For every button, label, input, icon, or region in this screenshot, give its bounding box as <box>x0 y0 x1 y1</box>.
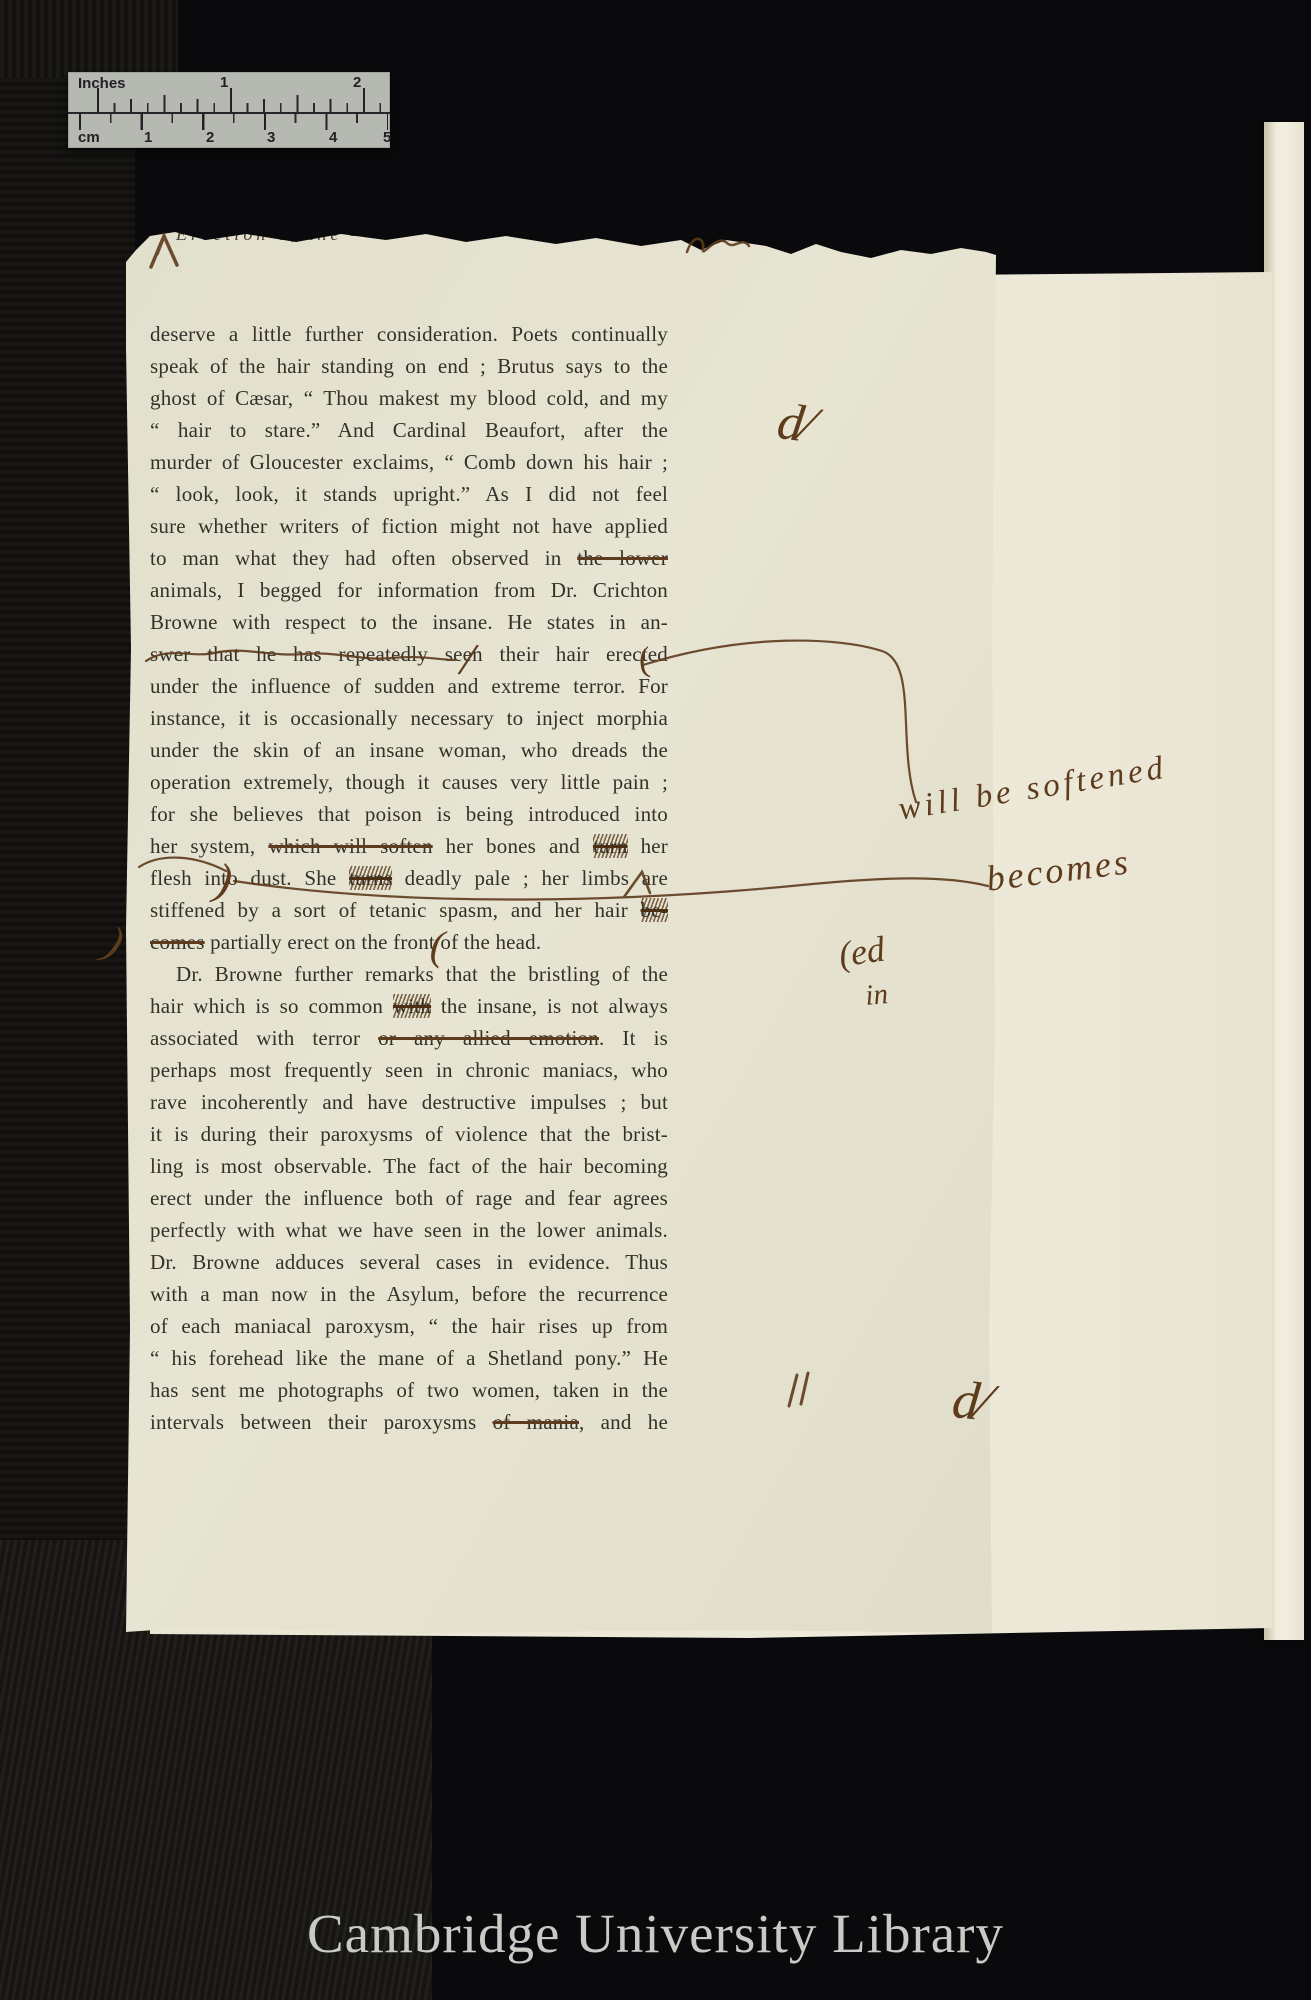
ruler-inch-number: 2 <box>353 74 361 91</box>
ruler-inch-ticks <box>97 88 388 112</box>
print-line: “ look, look, it stands upright.” As I d… <box>150 478 668 510</box>
print-line: for she believes that poison is being in… <box>150 798 668 830</box>
print-line: under the influence of sudden and extrem… <box>150 670 668 702</box>
ink-strikethrough: or any allied emotion <box>378 1026 599 1050</box>
ruler-cm-number: 4 <box>329 129 337 146</box>
note-in: in <box>864 978 889 1013</box>
print-line: perhaps most frequently seen in chronic … <box>150 1054 668 1086</box>
print-line: intervals between their paroxysms of man… <box>150 1406 668 1438</box>
ruler-cm-number: 2 <box>206 129 214 146</box>
print-line: ling is most observable. The fact of the… <box>150 1150 668 1182</box>
ruler-cm-ticks <box>79 114 388 130</box>
ruler-cm-row: cm 12345 <box>68 114 390 148</box>
print-line: under the skin of an insane woman, who d… <box>150 734 668 766</box>
ink-strikethrough: comes <box>150 930 205 954</box>
print-line: speak of the hair standing on end ; Brut… <box>150 350 668 382</box>
print-line: with a man now in the Asylum, before the… <box>150 1278 668 1310</box>
print-line: to man what they had often observed in t… <box>150 542 668 574</box>
print-line: swer that he has repeatedly seen their h… <box>150 638 668 670</box>
dele-mark-lower: d⁄ <box>950 1368 992 1433</box>
print-line: of each maniacal paroxysm, “ the hair ri… <box>150 1310 668 1342</box>
ruler-inches-row: Inches 12 <box>68 72 390 114</box>
library-caption: Cambridge University Library <box>0 1902 1311 1965</box>
ink-strikethrough: the lower <box>577 546 668 570</box>
ink-strikethrough: of mania <box>493 1410 579 1434</box>
note-ed: (ed <box>836 928 887 976</box>
print-line: Dr. Browne further remarks that the bris… <box>150 958 668 990</box>
print-line: it is during their paroxysms of violence… <box>150 1118 668 1150</box>
ruler-cm-number: 3 <box>267 129 275 146</box>
print-line: comes partially erect on the front of th… <box>150 926 668 958</box>
print-line: operation extremely, though it causes ve… <box>150 766 668 798</box>
print-line: sure whether writers of fiction might no… <box>150 510 668 542</box>
print-line: “ hair to stare.” And Cardinal Beaufort,… <box>150 414 668 446</box>
backdrop-fabric-mid <box>0 78 135 1578</box>
ruler-inch-number: 1 <box>220 74 228 91</box>
print-line: associated with terror or any allied emo… <box>150 1022 668 1054</box>
ruler-cm-label: cm <box>78 129 100 146</box>
print-line: Dr. Browne adduces several cases in evid… <box>150 1246 668 1278</box>
print-line: animals, I begged for information from D… <box>150 574 668 606</box>
print-line: hair which is so common with the insane,… <box>150 990 668 1022</box>
print-line: has sent me photographs of two women, ta… <box>150 1374 668 1406</box>
ink-scribble: with <box>393 994 431 1018</box>
print-line: instance, it is occasionally necessary t… <box>150 702 668 734</box>
ink-strikethrough: which will soften <box>268 834 432 858</box>
print-line: “ his forehead like the mane of a Shetla… <box>150 1342 668 1374</box>
print-line: deserve a little further consideration. … <box>150 318 668 350</box>
backdrop-fabric-corner <box>0 0 178 78</box>
ink-scribble: turns <box>349 866 392 890</box>
print-line: perfectly with what we have seen in the … <box>150 1214 668 1246</box>
ink-scribble: turn <box>593 834 628 858</box>
print-line: erect under the influence both of rage a… <box>150 1182 668 1214</box>
ruler-cm-number: 5 <box>383 129 391 146</box>
print-line: murder of Gloucester exclaims, “ Comb do… <box>150 446 668 478</box>
print-line: ghost of Cæsar, “ Thou makest my blood c… <box>150 382 668 414</box>
torn-running-header: Erection of the —— <box>176 224 391 242</box>
photo-backdrop: Erection of the —— deserve a little furt… <box>0 0 1311 2000</box>
ink-scribble: be- <box>641 898 668 922</box>
print-line: Browne with respect to the insane. He st… <box>150 606 668 638</box>
ruler: Inches 12 cm 12345 <box>68 72 390 148</box>
ruler-cm-number: 1 <box>144 129 152 146</box>
print-line: rave incoherently and have destructive i… <box>150 1086 668 1118</box>
